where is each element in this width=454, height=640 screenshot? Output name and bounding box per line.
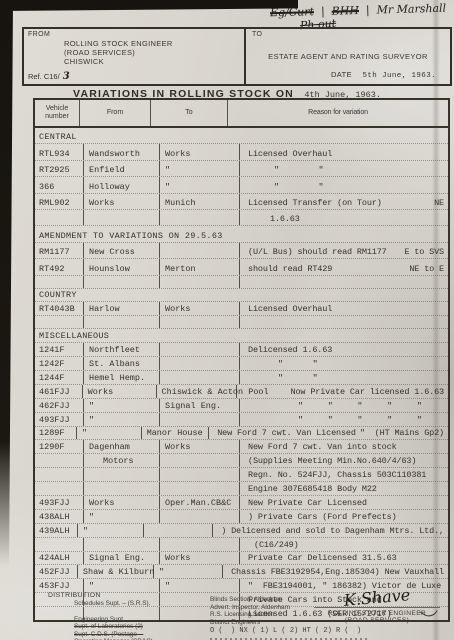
reason-note: " (HT Mains Gp2): [356, 428, 444, 438]
distribution-item: Engineering Supt.: [74, 616, 153, 624]
table-row: 461FJJWorksChiswick & Acton PoolNow Priv…: [35, 385, 448, 399]
table-row: RT4043BHarlowWorksLicensed Overhaul: [35, 302, 448, 316]
cell-to: [160, 343, 240, 356]
table-row: Regn. No. 524FJJ, Chassis 503C110381: [35, 468, 448, 482]
cell-reason: Licensed Overhaul: [240, 302, 448, 315]
cell-vehicle-number: 1244F: [35, 371, 84, 384]
cell-reason: (U/L Bus) should read RM1177E to SVS: [240, 243, 448, 258]
cell-to: Merton: [160, 259, 240, 274]
cell-from: Signal Eng.: [84, 552, 160, 565]
cell-to: [160, 276, 240, 288]
distribution-counts: O ( ) NX ( 1) L ( 2) HT ( 2) R ( ): [210, 628, 368, 636]
cell-from: Dagenham: [84, 440, 160, 453]
reason-note: NE: [430, 198, 444, 208]
reason-text: " ": [248, 373, 318, 383]
cell-from: ": [84, 510, 160, 523]
reason-text: Now Private Car licensed 1.6.63: [245, 387, 444, 397]
cell-from-text: Enfield: [89, 165, 125, 175]
signer-title-2: (ROAD SERVICES): [312, 617, 442, 624]
cell-from: ": [84, 399, 160, 412]
cell-vehicle-number: RT2925: [35, 161, 84, 176]
variations-table: Vehicle number From To Reason for variat…: [33, 98, 450, 622]
cell-reason: " ": [240, 371, 448, 384]
cell-reason: [240, 316, 448, 328]
table-row: RML902WorksMunichLicensed Transfer (on T…: [35, 194, 448, 210]
cell-to: [160, 454, 240, 467]
ref-label: Ref. C16/: [28, 72, 60, 81]
cell-vehicle-number-text: 366: [39, 182, 54, 192]
cell-reason: " ": [240, 177, 448, 192]
cell-to-text: Manor House: [147, 428, 203, 438]
cell-from-text: ": [83, 526, 88, 536]
cell-reason: Regn. No. 524FJJ, Chassis 503C110381: [240, 468, 448, 481]
signer-title-1: ROLLING STOCK ENGINEER: [312, 610, 442, 617]
cell-from-text: ": [89, 512, 94, 522]
cell-vehicle-number-text: RM1177: [39, 247, 70, 257]
to-label: TO: [252, 31, 444, 38]
reason-text: " " " " ": [248, 401, 422, 411]
cell-vehicle-number: 424ALH: [35, 552, 84, 565]
table-row: 1241FNorthfleetDelicensed 1.6.63: [35, 343, 448, 357]
cell-vehicle-number: [35, 210, 84, 225]
cell-reason: Private Car Delicensed 31.5.63: [240, 552, 448, 565]
cell-vehicle-number: 438ALH: [35, 510, 84, 523]
table-row: Motors(Supplies Meeting Min.No.640/4/63): [35, 454, 448, 468]
cell-to-text: Works: [165, 553, 191, 563]
cell-vehicle-number-text: RT4043B: [39, 304, 75, 314]
ref-handwritten-value: 3: [63, 71, 70, 82]
cell-vehicle-number: 461FJJ: [35, 385, 83, 398]
cell-to-text: ": [165, 182, 170, 192]
cell-vehicle-number-text: 462FJJ: [39, 401, 70, 411]
cell-vehicle-number-text: 493FJJ: [39, 415, 70, 425]
table-row: 1290FDagenhamWorksNew Ford 7 cwt. Van in…: [35, 440, 448, 454]
cell-vehicle-number-text: 424ALH: [39, 553, 70, 563]
reason-text: Licensed Overhaul: [248, 149, 332, 159]
cell-from: ": [84, 413, 160, 426]
cell-reason: " " " " ": [240, 399, 448, 412]
cell-to-text: Munich: [165, 198, 196, 208]
reason-text: New Private Car Licensed: [248, 498, 367, 508]
cell-vehicle-number: [35, 468, 84, 481]
annotation-divider: |: [366, 4, 370, 17]
table-row: 452FJJShaw & Kilburn"Chassis FBE3192954,…: [35, 565, 448, 579]
cell-from: Wandsworth: [84, 144, 160, 159]
cell-vehicle-number-text: 452FJJ: [39, 567, 70, 577]
column-header-vehicle: Vehicle number: [35, 100, 80, 126]
cell-reason: " ": [240, 357, 448, 370]
reason-text: Chassis FBE3192954,Eng.185304) New Vauxh…: [231, 567, 444, 577]
cell-from: [84, 276, 160, 288]
cell-from-text: Wandsworth: [89, 149, 140, 159]
cell-from: Works: [83, 385, 157, 398]
distribution-item: Supt. of Laboratories (2): [74, 623, 153, 631]
reason-note: NE to E: [405, 264, 444, 274]
cell-vehicle-number: RTL934: [35, 144, 84, 159]
section-label: AMENDMENT TO VARIATIONS ON 29.5.63: [35, 226, 448, 241]
cell-vehicle-number-text: 1242F: [39, 359, 65, 369]
cell-reason: (Supplies Meeting Min.No.640/4/63): [240, 454, 448, 467]
cell-to: [160, 243, 240, 258]
signer-title-text: ROLLING STOCK ENGINEER: [328, 610, 426, 617]
reason-text: New Ford 7 cwt. Van Licensed: [217, 428, 356, 438]
cell-vehicle-number: 1242F: [35, 357, 84, 370]
cell-from: [84, 482, 160, 495]
cell-to: Works: [160, 144, 240, 159]
cell-to-text: ": [165, 165, 170, 175]
table-row: (C16/249): [35, 538, 448, 552]
cell-from-text: ": [82, 428, 87, 438]
section-label: CENTRAL: [35, 128, 448, 143]
table-row: 493FJJWorksOper.Man.CB&CNew Private Car …: [35, 496, 448, 510]
cell-from-text: Northfleet: [89, 345, 140, 355]
cell-from: [84, 538, 160, 551]
crossed-out-initials-2: BHH: [331, 4, 359, 18]
cell-to-text: Chiswick & Acton Pool: [162, 387, 269, 397]
cell-vehicle-number: 462FJJ: [35, 399, 84, 412]
reason-text: " " " " ": [248, 415, 422, 425]
cell-reason: Delicensed 1.6.63: [240, 343, 448, 356]
cell-from-text: Works: [88, 387, 114, 397]
cell-vehicle-number-text: 439ALH: [39, 526, 70, 536]
cell-vehicle-number-text: 493FJJ: [39, 498, 70, 508]
cell-vehicle-number: 493FJJ: [35, 413, 84, 426]
from-line-3: CHISWICK: [64, 57, 240, 66]
cell-reason: New Ford 7 cwt. Van Licensed" (HT Mains …: [209, 427, 448, 440]
column-header-to: To: [151, 100, 228, 126]
distribution-item: Schedules Supt. – (S.R.S).: [74, 600, 153, 608]
cell-vehicle-number-text: 438ALH: [39, 512, 70, 522]
cell-vehicle-number: [35, 482, 84, 495]
from-line-2: (ROAD SERVICES): [64, 48, 240, 57]
cell-reason: Licensed Overhaul: [240, 144, 448, 159]
cell-from: ": [78, 524, 144, 537]
cell-from-text: Hounslow: [89, 264, 130, 274]
table-row: [35, 316, 448, 329]
cell-reason: (C16/249): [240, 538, 448, 551]
cell-to: Manor House: [142, 427, 210, 440]
reason-text: (Supplies Meeting Min.No.640/4/63): [248, 456, 416, 466]
annotation-divider: |: [321, 5, 325, 18]
cell-from-text: Dagenham: [89, 442, 130, 452]
table-row: RT492HounslowMertonshould read RT429NE t…: [35, 259, 448, 275]
table-row: 462FJJ"Signal Eng." " " " ": [35, 399, 448, 413]
cell-to: [160, 371, 240, 384]
cell-from-text: New Cross: [89, 247, 135, 257]
reason-text: " ": [248, 165, 324, 175]
cell-vehicle-number: 366: [35, 177, 84, 192]
table-row: 493FJJ"" " " " ": [35, 413, 448, 427]
cell-to: [160, 538, 240, 551]
table-body: CENTRALRTL934WandsworthWorksLicensed Ove…: [35, 128, 448, 620]
table-row: 1244FHemel Hemp." ": [35, 371, 448, 385]
reason-text: New Ford 7 cwt. Van into stock: [248, 442, 397, 452]
from-label: FROM: [28, 31, 240, 38]
cell-from-text: Signal Eng.: [89, 553, 145, 563]
cell-vehicle-number: 452FJJ: [35, 565, 78, 578]
cell-to-text: Oper.Man.CB&C: [165, 498, 231, 508]
cell-reason: 1.6.63: [240, 210, 448, 225]
reason-text: Regn. No. 524FJJ, Chassis 503C110381: [248, 470, 426, 480]
table-row: Engine 307E685418 Body M22: [35, 482, 448, 496]
cell-from-text: Works: [89, 198, 115, 208]
cell-to: [160, 316, 240, 328]
cell-vehicle-number-text: 1289F: [39, 428, 65, 438]
cell-from-text: Holloway: [89, 182, 130, 192]
cell-reason: Engine 307E685418 Body M22: [240, 482, 448, 495]
table-section-row: CENTRAL: [35, 128, 448, 144]
table-row: 1.6.63: [35, 210, 448, 226]
cell-reason: New Private Car Licensed: [240, 496, 448, 509]
cell-to: [160, 510, 240, 523]
reason-text: Licensed Overhaul: [248, 304, 332, 314]
cell-vehicle-number: RM1177: [35, 243, 84, 258]
distribution-item: Supt. C.D.S. (Postage—: [74, 631, 153, 639]
reason-text: should read RT429: [248, 264, 332, 274]
cell-from-text: Motors: [89, 456, 134, 466]
to-recipient: ESTATE AGENT AND RATING SURVEYOR: [252, 52, 444, 61]
table-row: RTL934WandsworthWorksLicensed Overhaul: [35, 144, 448, 160]
cell-vehicle-number: RT492: [35, 259, 84, 274]
cell-from: Enfield: [84, 161, 160, 176]
cell-from: [84, 468, 160, 481]
cell-reason: Chassis FBE3192954,Eng.185304) New Vauxh…: [223, 565, 448, 578]
reason-text: " ": [248, 359, 318, 369]
table-row: 438ALH") Private Cars (Ford Prefects): [35, 510, 448, 524]
cell-reason: [240, 276, 448, 288]
reason-text: Engine 307E685418 Body M22: [248, 484, 377, 494]
cell-to: [160, 210, 240, 225]
cell-reason: ) Private Cars (Ford Prefects): [240, 510, 448, 523]
cell-vehicle-number-text: RT492: [39, 264, 65, 274]
cell-to: [160, 357, 240, 370]
cell-from: Hemel Hemp.: [84, 371, 160, 384]
date-value: 5th June, 1963.: [362, 72, 436, 80]
table-row: RM1177New Cross(U/L Bus) should read RM1…: [35, 243, 448, 259]
cell-to: ": [154, 565, 223, 578]
cell-from: New Cross: [84, 243, 160, 258]
date-label: DATE: [331, 70, 352, 79]
cell-vehicle-number: 1241F: [35, 343, 84, 356]
table-row: [35, 276, 448, 289]
cell-to-text: Works: [165, 149, 191, 159]
cell-to-text: Signal Eng.: [165, 401, 221, 411]
reason-text: (C16/249): [248, 540, 299, 550]
letterhead-box: FROM ROLLING STOCK ENGINEER (ROAD SERVIC…: [22, 27, 452, 86]
to-cell: TO ESTATE AGENT AND RATING SURVEYOR DATE…: [246, 29, 450, 84]
table-section-row: COUNTRY: [35, 289, 448, 303]
reason-note: E to SVS: [400, 247, 444, 257]
cell-vehicle-number: RML902: [35, 194, 84, 209]
cell-reason: " ": [240, 161, 448, 176]
section-label: COUNTRY: [35, 289, 448, 302]
distribution-list-1: Schedules Supt. – (S.R.S).Engineering Su…: [74, 600, 153, 640]
cell-to: Works: [160, 552, 240, 565]
cell-from-text: ": [89, 401, 94, 411]
cell-vehicle-number-text: 1241F: [39, 345, 65, 355]
reason-text: ) Delicensed and sold to Dagenham Mtrs. …: [221, 526, 444, 536]
cell-reason: New Ford 7 cwt. Van into stock: [240, 440, 448, 453]
recipient-name: Mr Marshall: [376, 2, 446, 17]
column-header-reason: Reason for variation: [228, 100, 448, 126]
cell-from: Holloway: [84, 177, 160, 192]
cell-to: [160, 482, 240, 495]
cell-vehicle-number: 439ALH: [35, 524, 78, 537]
cell-from: Works: [84, 496, 160, 509]
cell-from: Shaw & Kilburn: [78, 565, 154, 578]
cell-from-text: St. Albans: [89, 359, 140, 369]
cell-to-text: Works: [165, 442, 191, 452]
cell-to-text: Works: [165, 304, 191, 314]
cell-vehicle-number: 1289F: [35, 427, 77, 440]
cell-to: ": [160, 177, 240, 192]
cell-vehicle-number-text: 1290F: [39, 442, 65, 452]
table-section-row: MISCELLANEOUS: [35, 329, 448, 343]
reason-text: " ": [248, 182, 324, 192]
cell-vehicle-number-text: 1244F: [39, 373, 65, 383]
cell-to: Munich: [160, 194, 240, 209]
cell-to: [144, 524, 213, 537]
cell-to: [160, 413, 240, 426]
table-section-row: AMENDMENT TO VARIATIONS ON 29.5.63: [35, 226, 448, 242]
table-row: RT2925Enfield"" ": [35, 161, 448, 177]
reason-text: Private Car Delicensed 31.5.63: [248, 553, 397, 563]
cell-from-text: Harlow: [89, 304, 120, 314]
cell-reason: Licensed Transfer (on Tour)NE: [240, 194, 448, 209]
cell-from: [84, 210, 160, 225]
table-row: 1289F"Manor HouseNew Ford 7 cwt. Van Lic…: [35, 427, 448, 441]
cell-vehicle-number-text: RTL934: [39, 149, 70, 159]
reason-text: Delicensed 1.6.63: [248, 345, 332, 355]
cell-vehicle-number: 1290F: [35, 440, 84, 453]
cell-to: Signal Eng.: [160, 399, 240, 412]
cell-vehicle-number-text: 461FJJ: [39, 387, 70, 397]
cell-to-text: ": [165, 581, 170, 591]
from-line-1: ROLLING STOCK ENGINEER: [64, 39, 240, 48]
cell-to-text: ": [159, 567, 164, 577]
table-row: 424ALHSignal Eng.WorksPrivate Car Delice…: [35, 552, 448, 566]
column-header-from: From: [80, 100, 151, 126]
table-row: 366Holloway"" ": [35, 177, 448, 193]
table-header-row: Vehicle number From To Reason for variat…: [35, 100, 448, 128]
cell-to: ": [160, 161, 240, 176]
cell-to: Works: [160, 302, 240, 315]
distribution-section: DISTRIBUTION Schedules Supt. – (S.R.S).E…: [0, 588, 454, 640]
reason-text: Licensed Transfer (on Tour): [248, 198, 382, 208]
cell-to: Works: [160, 440, 240, 453]
cell-from: Motors: [84, 454, 160, 467]
cell-vehicle-number: RT4043B: [35, 302, 84, 315]
cell-from: [84, 316, 160, 328]
cell-reason: ) Delicensed and sold to Dagenham Mtrs. …: [213, 524, 448, 537]
cell-reason: should read RT429NE to E: [240, 259, 448, 274]
cell-vehicle-number: 493FJJ: [35, 496, 84, 509]
cell-from-text: Hemel Hemp.: [89, 373, 145, 383]
cell-to-text: Merton: [165, 264, 196, 274]
cell-to: Chiswick & Acton Pool: [157, 385, 237, 398]
cell-from: ": [77, 427, 142, 440]
reason-text: (U/L Bus) should read RM1177: [248, 247, 387, 257]
signature-block: K.Shave ROLLING STOCK ENGINEER (ROAD SER…: [312, 588, 442, 624]
cell-from: Hounslow: [84, 259, 160, 274]
cell-vehicle-number: [35, 454, 84, 467]
crossed-out-initials-1: Eg/Curt: [270, 5, 314, 19]
cell-from: Northfleet: [84, 343, 160, 356]
cell-to: [160, 468, 240, 481]
cell-vehicle-number: [35, 538, 84, 551]
cell-from-text: ": [89, 415, 94, 425]
cell-vehicle-number: [35, 316, 84, 328]
distribution-label: DISTRIBUTION: [48, 592, 101, 599]
table-row: 1242FSt. Albans" ": [35, 357, 448, 371]
cell-vehicle-number-text: RML902: [39, 198, 70, 208]
cell-from: St. Albans: [84, 357, 160, 370]
cell-from-text: Works: [89, 498, 115, 508]
cell-to: Oper.Man.CB&C: [160, 496, 240, 509]
cell-from: Harlow: [84, 302, 160, 315]
cell-vehicle-number-text: RT2925: [39, 165, 70, 175]
table-row: 439ALH") Delicensed and sold to Dagenham…: [35, 524, 448, 538]
cell-vehicle-number: [35, 276, 84, 288]
cell-from: Works: [84, 194, 160, 209]
reason-text: ) Private Cars (Ford Prefects): [248, 512, 397, 522]
from-cell: FROM ROLLING STOCK ENGINEER (ROAD SERVIC…: [24, 29, 246, 84]
section-label: MISCELLANEOUS: [35, 329, 448, 342]
reason-text: 1.6.63: [248, 214, 300, 224]
cell-reason: " " " " ": [240, 413, 448, 426]
cell-from-text: Shaw & Kilburn: [83, 567, 154, 577]
